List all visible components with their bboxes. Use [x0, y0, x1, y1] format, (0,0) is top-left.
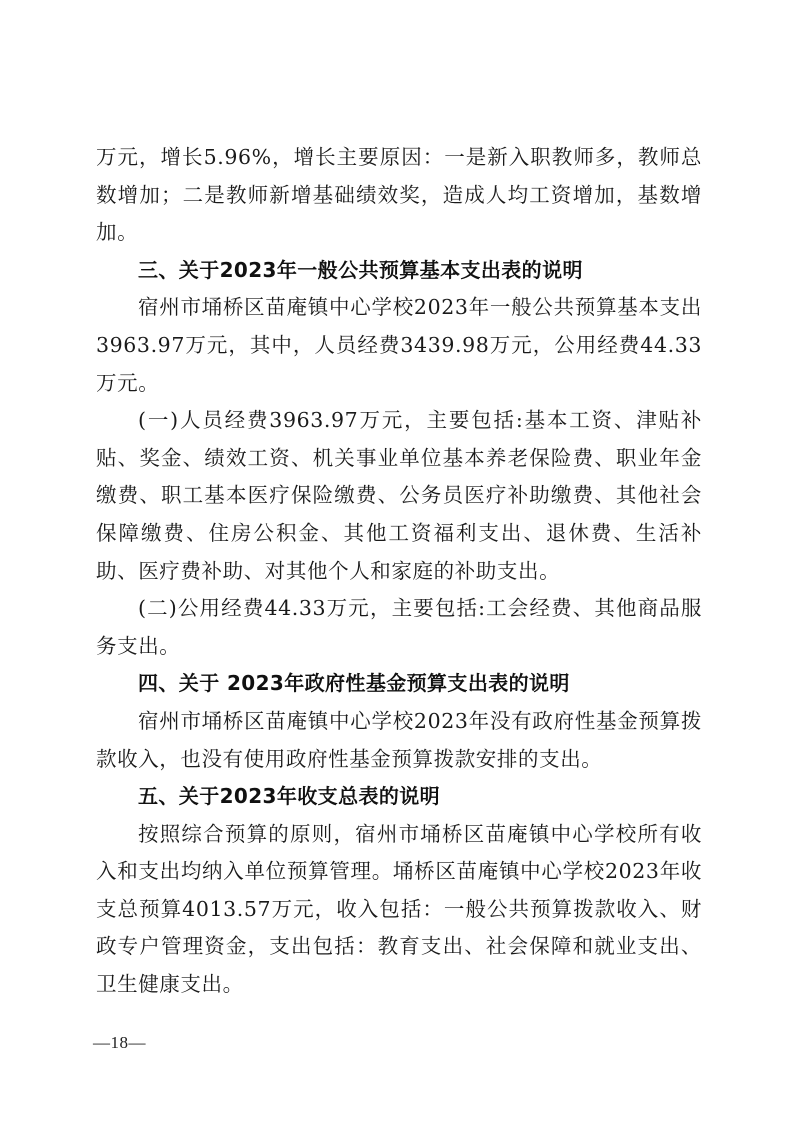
document-page-body: 万元，增长5.96%，增长主要原因：一是新入职教师多，教师总数增加；二是教师新增…: [96, 139, 702, 1004]
section-heading-4: 四、关于 2023年政府性基金预算支出表的说明: [96, 665, 702, 703]
section-heading-5: 五、关于2023年收支总表的说明: [96, 778, 702, 816]
section-heading-3: 三、关于2023年一般公共预算基本支出表的说明: [96, 252, 702, 290]
paragraph-income-expenditure-total: 按照综合预算的原则，宿州市埇桥区苗庵镇中心学校所有收入和支出均纳入单位预算管理。…: [96, 816, 702, 1004]
paragraph-government-fund: 宿州市埇桥区苗庵镇中心学校2023年没有政府性基金预算拨款收入，也没有使用政府性…: [96, 703, 702, 778]
page-number: —18—: [93, 1033, 146, 1053]
paragraph-personnel-expenses: (一)人员经费3963.97万元，主要包括:基本工资、津贴补贴、奖金、绩效工资、…: [96, 402, 702, 590]
paragraph-public-expenses: (二)公用经费44.33万元，主要包括:工会经费、其他商品服务支出。: [96, 590, 702, 665]
paragraph-basic-expenditure: 宿州市埇桥区苗庵镇中心学校2023年一般公共预算基本支出3963.97万元，其中…: [96, 289, 702, 402]
paragraph-growth-reason: 万元，增长5.96%，增长主要原因：一是新入职教师多，教师总数增加；二是教师新增…: [96, 139, 702, 252]
